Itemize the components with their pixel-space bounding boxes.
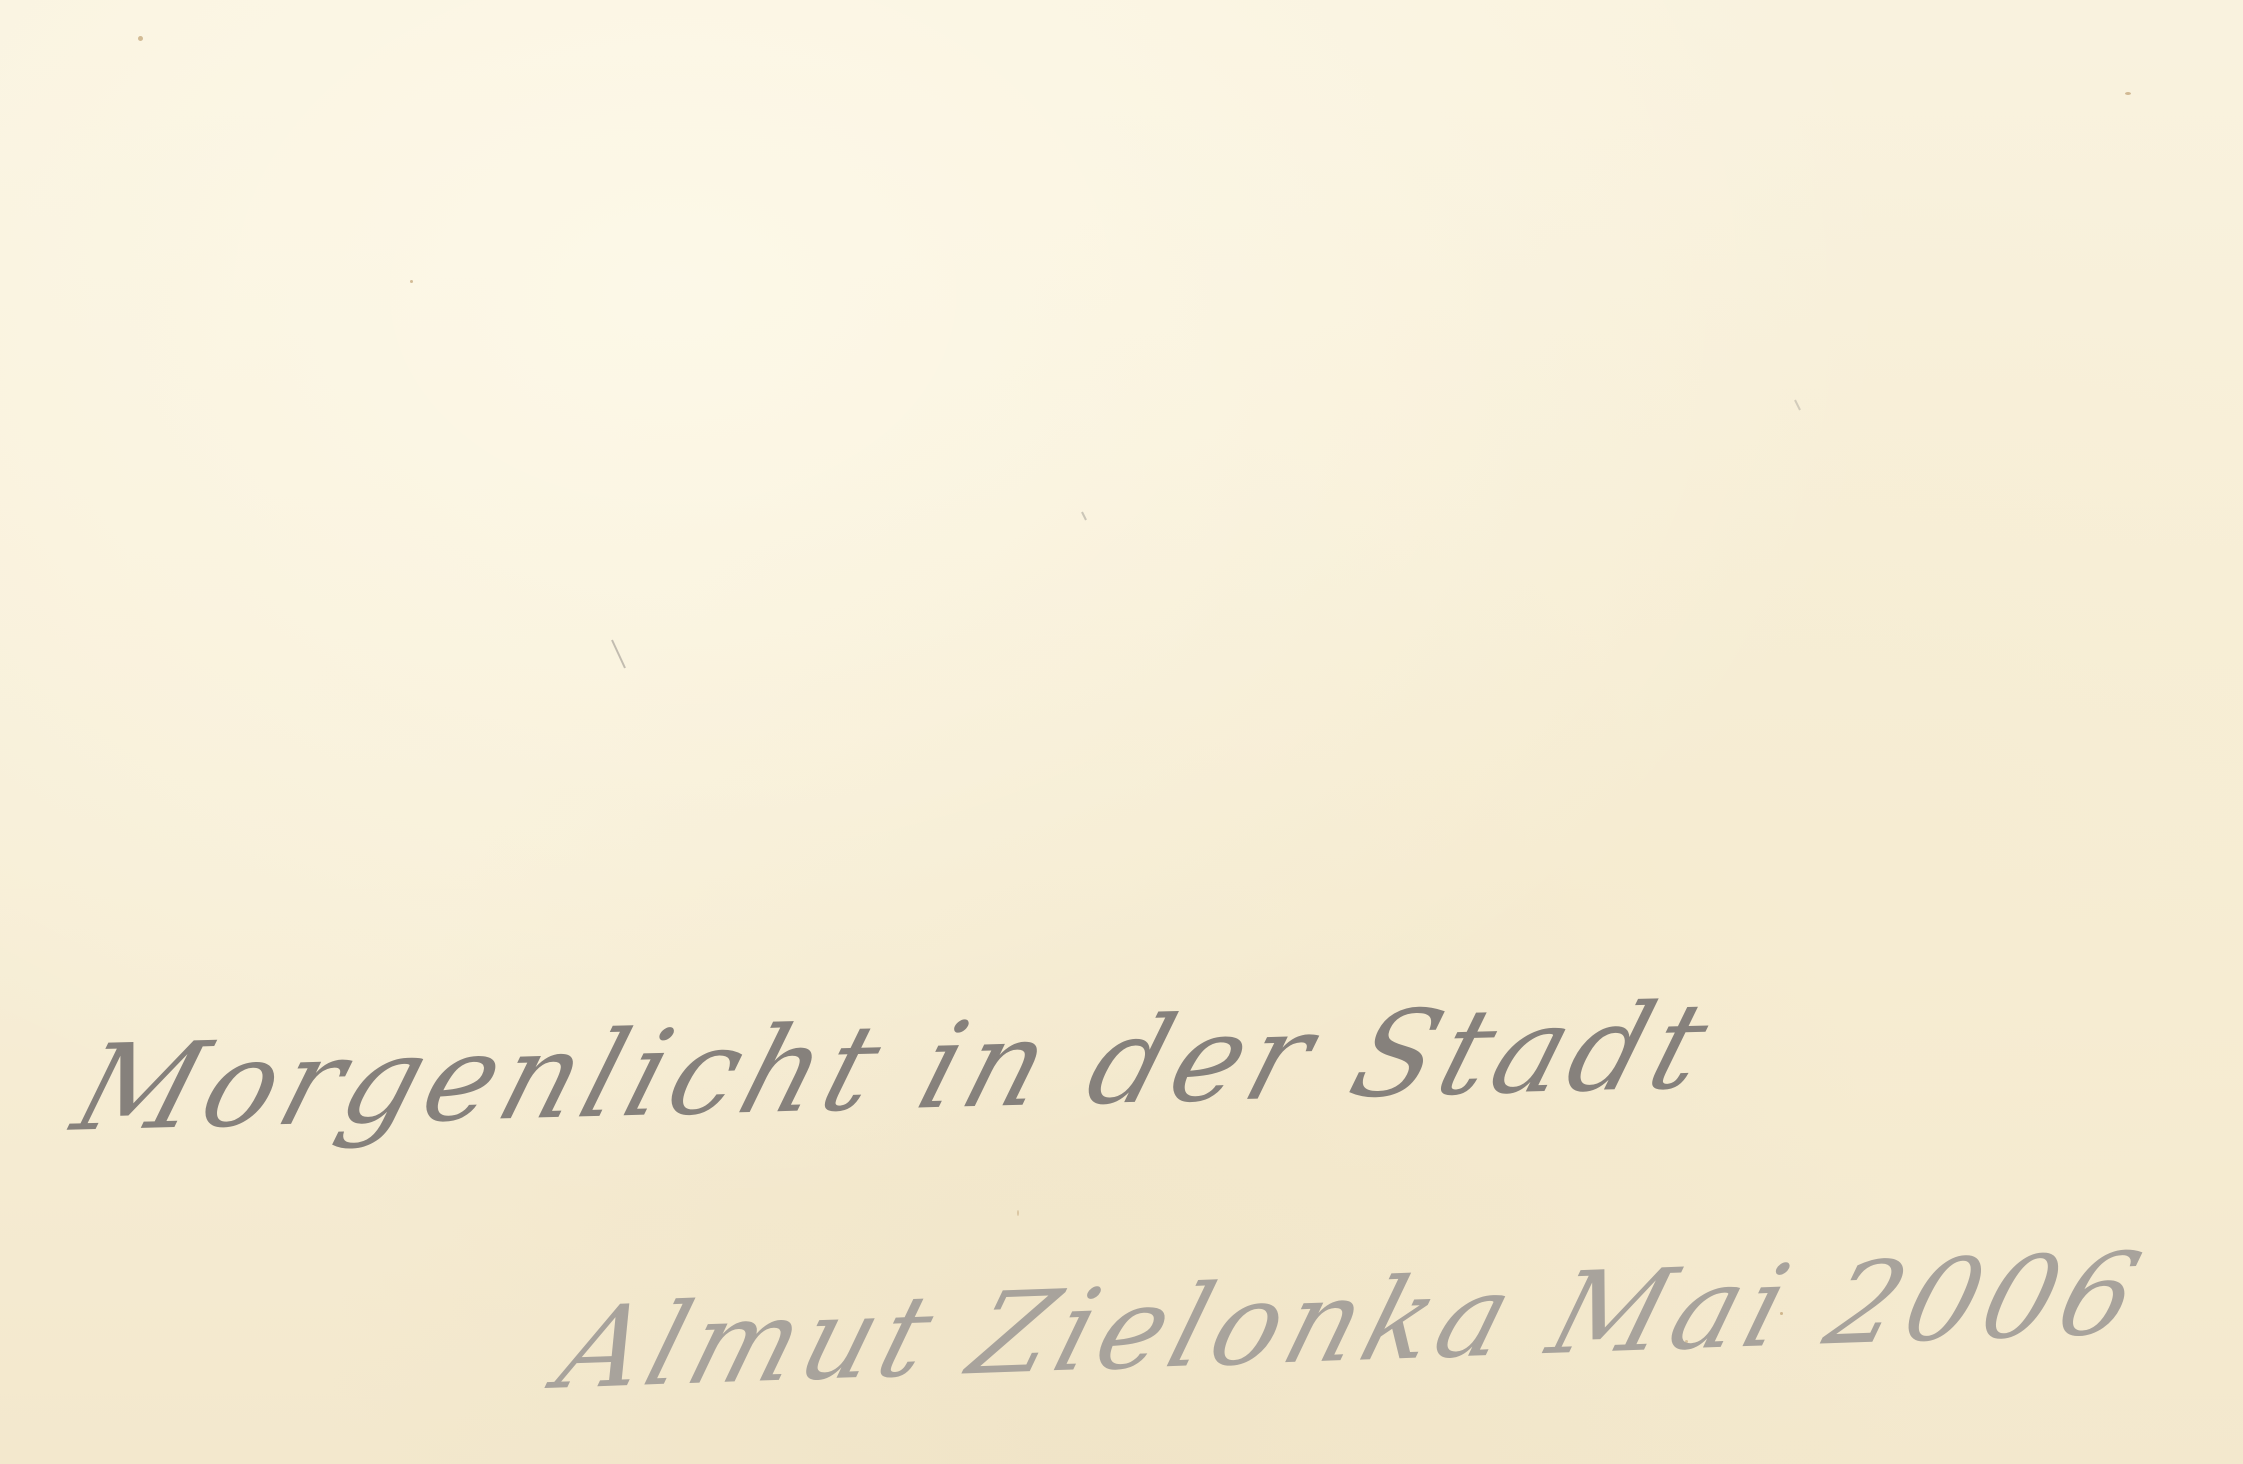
paper-speck <box>1017 1210 1019 1216</box>
paper-speck <box>138 36 143 41</box>
paper-speck <box>410 280 413 283</box>
paper-speck <box>2125 92 2131 95</box>
